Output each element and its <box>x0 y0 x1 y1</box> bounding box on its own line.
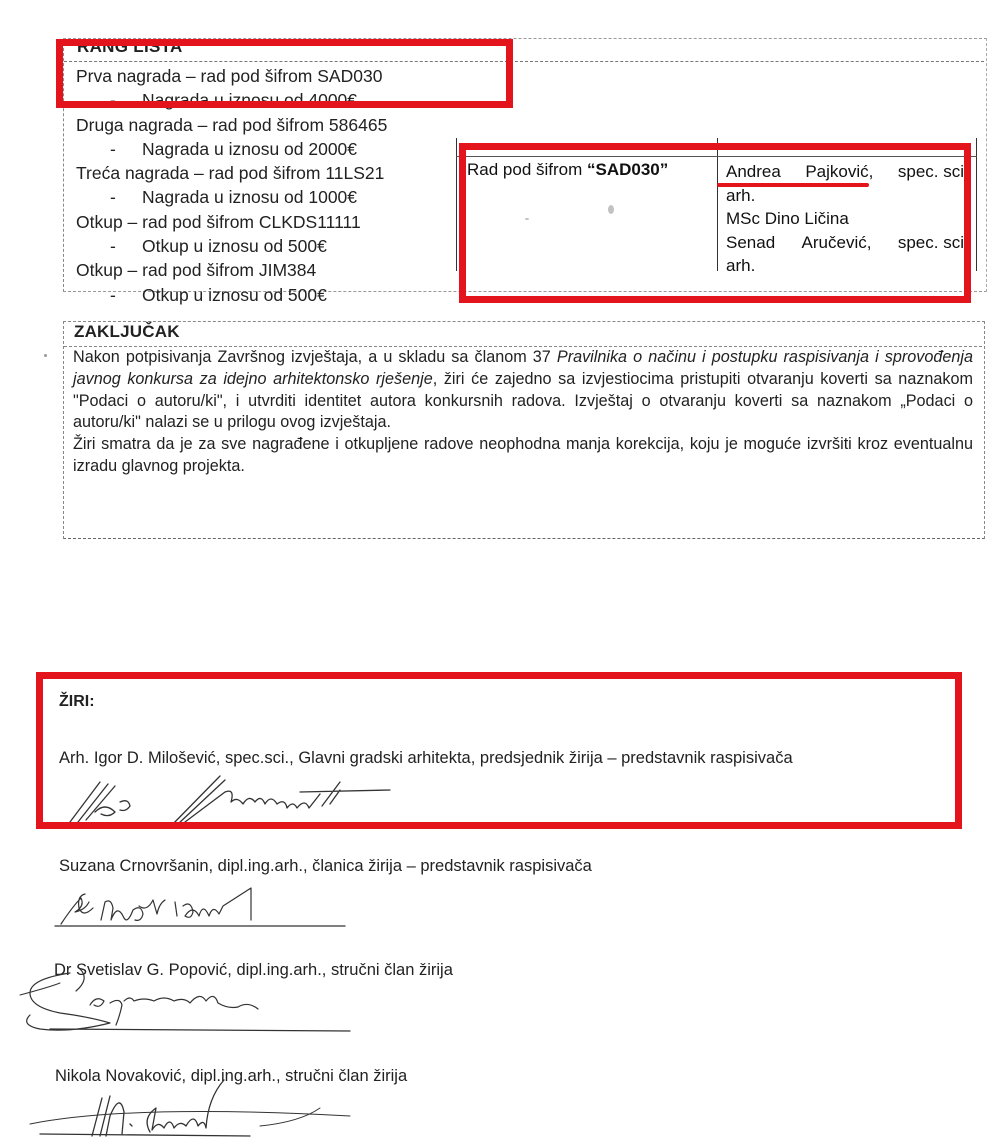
ranking-list: Prva nagrada – rad pod šifrom SAD030 -Na… <box>76 64 387 307</box>
conclusion-paragraph-1: Nakon potpisivanja Završnog izvještaja, … <box>73 347 973 434</box>
amount-line: -Nagrada u iznosu od 1000€ <box>76 185 387 209</box>
table-column-divider <box>717 138 718 271</box>
signature-2 <box>55 880 355 930</box>
underline-author-name <box>717 183 869 187</box>
conclusion-text: Nakon potpisivanja Završnog izvještaja, … <box>73 347 973 478</box>
scan-speck <box>608 205 614 214</box>
amount-text: Otkup u iznosu od 500€ <box>142 285 327 305</box>
award-line: Otkup – rad pod šifrom CLKDS11111 <box>76 210 387 234</box>
signature-3 <box>20 965 380 1045</box>
ranking-header-divider <box>64 61 984 62</box>
signature-1 <box>60 772 420 832</box>
award-line: Prva nagrada – rad pod šifrom SAD030 <box>76 64 387 88</box>
amount-text: Otkup u iznosu od 500€ <box>142 236 327 256</box>
amount-text: Nagrada u iznosu od 2000€ <box>142 139 357 159</box>
ranking-entry: Otkup – rad pod šifrom JIM384 -Otkup u i… <box>76 258 387 307</box>
award-line: Treća nagrada – rad pod šifrom 11LS21 <box>76 161 387 185</box>
work-code: “SAD030” <box>587 160 668 179</box>
amount-line: -Otkup u iznosu od 500€ <box>76 283 387 307</box>
ranking-entry: Prva nagrada – rad pod šifrom SAD030 -Na… <box>76 64 387 113</box>
author-line: AndreaPajković,spec. sci <box>726 160 964 184</box>
ranking-entry: Treća nagrada – rad pod šifrom 11LS21 -N… <box>76 161 387 210</box>
conclusion-title: ZAKLJUČAK <box>74 322 180 342</box>
conclusion-paragraph-2: Žiri smatra da je za sve nagrađene i otk… <box>73 434 973 478</box>
ranking-list-title: RANG LISTA <box>77 37 183 57</box>
jury-member-2: Suzana Crnovršanin, dipl.ing.arh., člani… <box>59 857 592 876</box>
table-row-divider <box>456 156 977 157</box>
amount-line: -Nagrada u iznosu od 4000€ <box>76 88 387 112</box>
signature-4 <box>30 1080 370 1140</box>
award-line: Otkup – rad pod šifrom JIM384 <box>76 258 387 282</box>
ranking-entry: Otkup – rad pod šifrom CLKDS11111 -Otkup… <box>76 210 387 259</box>
ranking-entry: Druga nagrada – rad pod šifrom 586465 -N… <box>76 113 387 162</box>
scan-speck <box>525 218 529 220</box>
jury-title: ŽIRI: <box>59 693 95 711</box>
authors-cell: AndreaPajković,spec. sci arh. MSc Dino L… <box>726 160 964 278</box>
table-border-right <box>976 138 977 271</box>
author-line: MSc Dino Ličina <box>726 207 964 231</box>
award-line: Druga nagrada – rad pod šifrom 586465 <box>76 113 387 137</box>
amount-line: -Otkup u iznosu od 500€ <box>76 234 387 258</box>
author-line: SenadAručević,spec. sci <box>726 231 964 255</box>
scan-speck <box>44 354 47 357</box>
work-code-cell: Rad pod šifrom “SAD030” <box>467 160 668 180</box>
author-line: arh. <box>726 184 964 208</box>
amount-line: -Nagrada u iznosu od 2000€ <box>76 137 387 161</box>
amount-text: Nagrada u iznosu od 4000€ <box>142 90 357 110</box>
author-line: arh. <box>726 254 964 278</box>
jury-member-1: Arh. Igor D. Milošević, spec.sci., Glavn… <box>59 749 793 768</box>
table-border-left <box>456 138 457 271</box>
amount-text: Nagrada u iznosu od 1000€ <box>142 187 357 207</box>
